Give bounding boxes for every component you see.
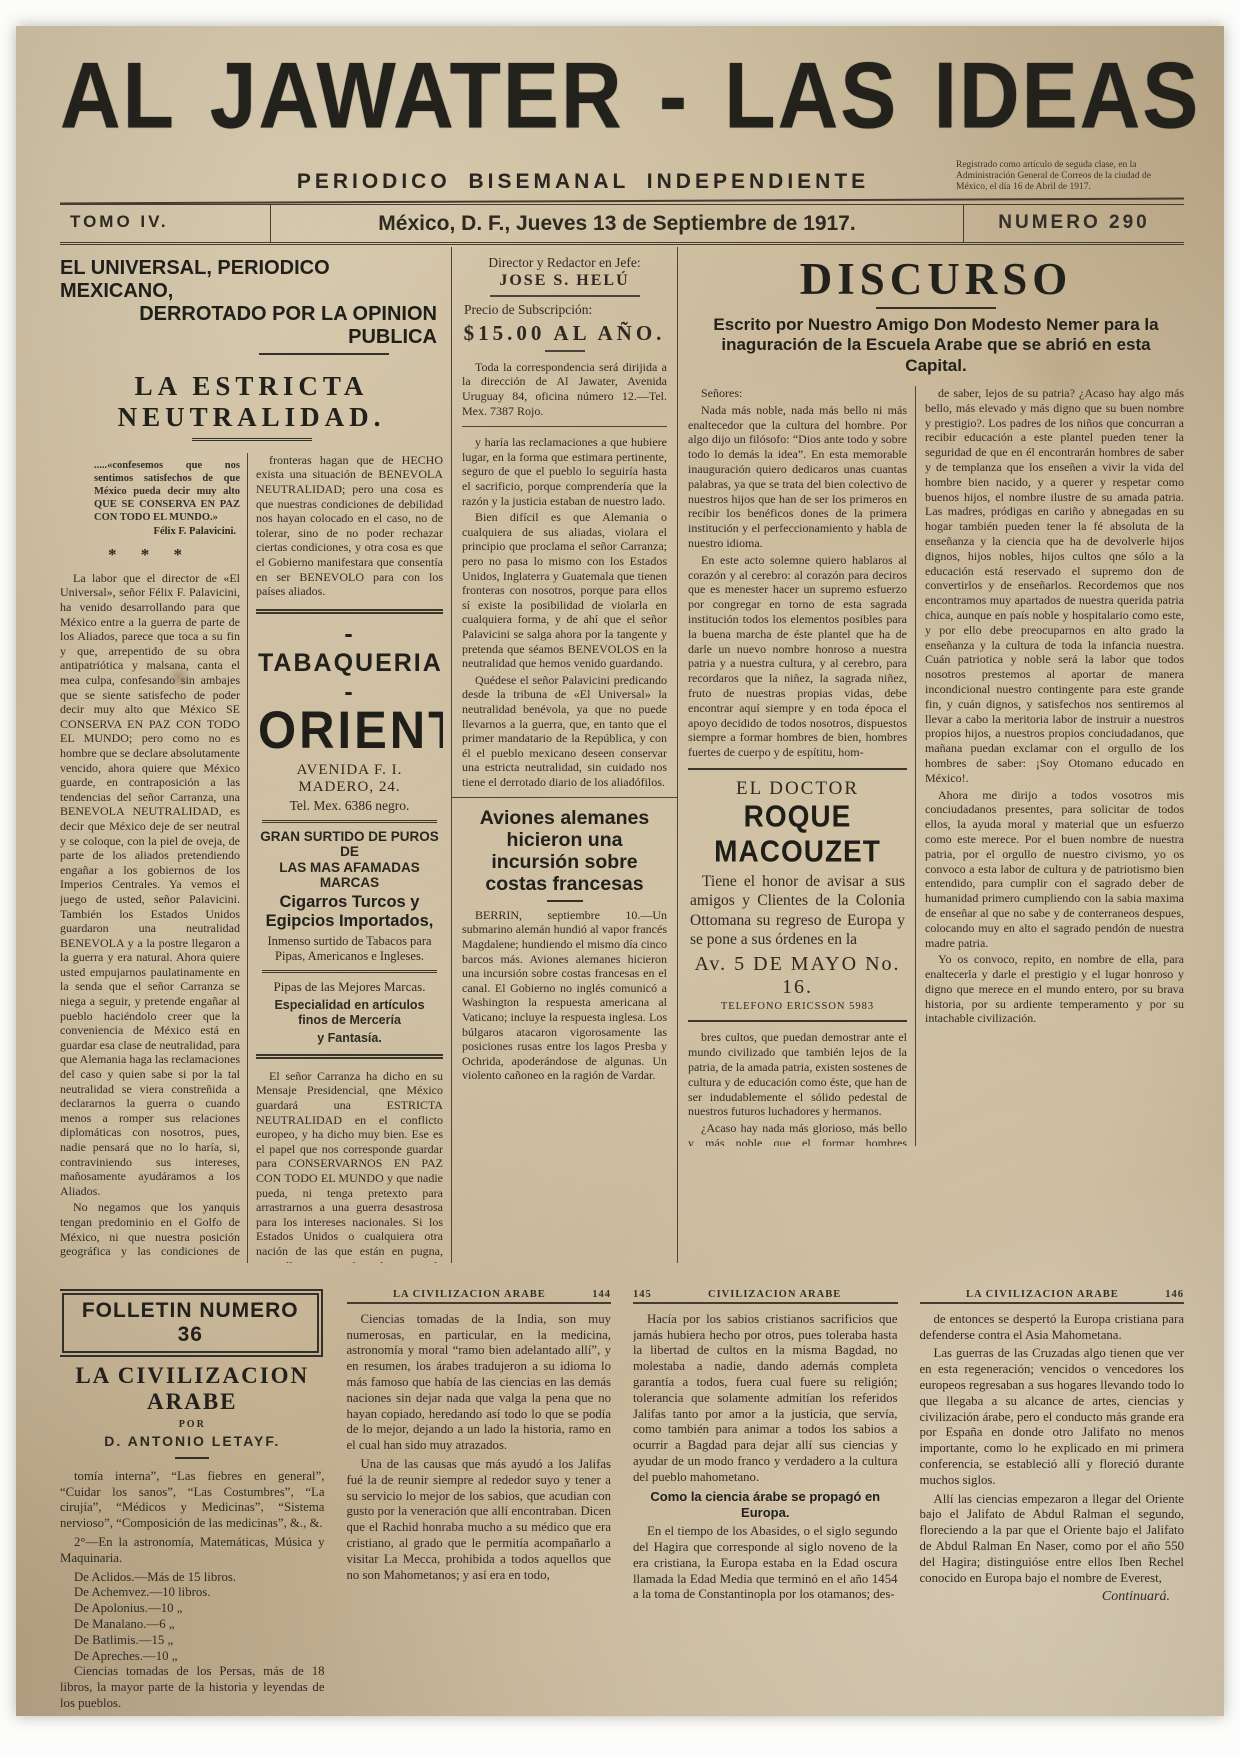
discurso-subtitle: Escrito por Nuestro Amigo Don Modesto Ne… <box>688 315 1184 376</box>
column-3-text: y haría las reclamaciones a que hubiere … <box>462 435 667 789</box>
folletin-text: tomía interna”, “Las fiebres en general”… <box>60 1469 325 1567</box>
paragraph: En este acto solemne quiero hablaros al … <box>688 553 907 760</box>
ad-kicker: - TABAQUERIA - <box>258 620 441 707</box>
discurso-right-text: de saber, lejos de su patria? ¿Acaso hay… <box>925 386 1184 1026</box>
folletin-author: D. ANTONIO LETAYF. <box>60 1433 325 1449</box>
ad-divider <box>262 820 437 823</box>
ad-phone: Tel. Mex. 6386 negro. <box>258 798 441 814</box>
newspaper-page: AL JAWATER - LAS IDEAS PERIODICO BISEMAN… <box>16 26 1224 1716</box>
page-145-text: Hacía por los sabios cristianos sacrific… <box>633 1312 898 1486</box>
ad-doctor-kicker: EL DOCTOR <box>690 778 905 800</box>
column-1: .....«confesemos que nos sentimos satisf… <box>60 453 248 1263</box>
paragraph: El señor Carranza ha dicho en su Mensaje… <box>256 1069 443 1263</box>
subscription-price: $15.00 AL AÑO. <box>462 321 667 346</box>
ad-roque-macouzet: EL DOCTOR ROQUE MACOUZET Tiene el honor … <box>688 768 907 1023</box>
page-144-text: Ciencias tomadas de la India, son muy nu… <box>347 1312 612 1584</box>
paragraph: Nada más noble, nada más bello ni más en… <box>688 403 907 551</box>
epigraph-quote: .....«confesemos que nos sentimos satisf… <box>94 459 240 524</box>
paragraph: 2°—En la astronomía, Matemáticas, Música… <box>60 1535 325 1567</box>
paragraph: La labor que el director de «El Universa… <box>60 571 240 1199</box>
column-1-text: La labor que el director de «El Universa… <box>60 571 240 1263</box>
paragraph: De Aclidos.—Más de 15 libros. <box>60 1570 325 1586</box>
paragraph: Bien difícil es que Alemania o cualquier… <box>462 510 667 671</box>
ad-address: AVENIDA F. I. MADERO, 24. <box>258 762 441 796</box>
masthead-subtitle-row: PERIODICO BISEMANAL INDEPENDIENTE Regist… <box>60 160 1184 194</box>
ad-tabaqueria-oriental: - TABAQUERIA - ORIENTAL AVENIDA F. I. MA… <box>256 609 443 1059</box>
discurso-left-text-continued: bres cultos, que puedan demostrar ante e… <box>688 1030 907 1146</box>
paragraph: De Achemvez.—10 libros. <box>60 1585 325 1601</box>
article-kicker: EL UNIVERSAL, PERIODICO MEXICANO, DERROT… <box>60 257 443 355</box>
paragraph: BERRIN, septiembre 10.—Un submarino alem… <box>462 908 667 1083</box>
paragraph: bres cultos, que puedan demostrar ante e… <box>688 1030 907 1119</box>
paragraph: Hacía por los sabios cristianos sacrific… <box>633 1312 898 1486</box>
ad-line-gran2: LAS MAS AFAMADAS MARCAS <box>258 860 441 891</box>
ad-line-especialidad1: Especialidad en artículos finos de Merce… <box>258 998 441 1028</box>
paragraph: de entonces se despertó la Europa cristi… <box>920 1312 1185 1344</box>
page-header-title: LA CIVILIZACION ARABE <box>347 1289 593 1300</box>
column-2-top-text: fronteras hagan que de HECHO exista una … <box>256 453 443 599</box>
paragraph: Yo os convoco, repito, en nombre de ella… <box>925 952 1184 1026</box>
ad-doctor-name: ROQUE MACOUZET <box>690 799 905 869</box>
page-number: 144 <box>592 1289 611 1300</box>
paragraph: tomía interna”, “Las fiebres en general”… <box>60 1469 325 1532</box>
correspondence-note: Toda la correspondencia será dirijida a … <box>462 358 667 420</box>
aviones-headline: Aviones alemanes hicieron una incursión … <box>462 808 667 895</box>
page-number: 145 <box>633 1289 652 1300</box>
folletin-column-145: 145 CIVILIZACION ARABE Hacía por los sab… <box>633 1289 898 1755</box>
ad-line-inmenso: Inmenso surtido de Tabacos para Pipas, A… <box>258 934 441 964</box>
folletin-column-146: LA CIVILIZACION ARABE 146 de entonces se… <box>920 1289 1185 1755</box>
page-145-subhead: Como la ciencia árabe se propagó en Euro… <box>633 1489 898 1522</box>
dateline-bar: TOMO IV. México, D. F., Jueves 13 de Sep… <box>60 204 1184 245</box>
page-145-text-continued: En el tiempo de los Abasides, o el siglo… <box>633 1524 898 1603</box>
price-dash <box>545 350 585 352</box>
section-stars: * * * <box>60 545 240 565</box>
issue-number: NUMERO 290 <box>964 205 1184 242</box>
ad-doctor-address: Av. 5 DE MAYO No. 16. <box>690 953 905 999</box>
column-4: Señores:Nada más noble, nada más bello n… <box>688 386 916 1146</box>
discurso-left-text: Señores:Nada más noble, nada más bello n… <box>688 386 907 760</box>
discurso-headline: DISCURSO <box>688 253 1184 305</box>
folletin-column-intro: FOLLETIN NUMERO 36 LA CIVILIZACION ARABE… <box>60 1289 325 1755</box>
registration-notice: Registrado como artículo de seguda clase… <box>956 160 1184 194</box>
folletin-number-box: FOLLETIN NUMERO 36 <box>62 1293 319 1353</box>
ad-doctor-phone: TELEFONO ERICSSON 5983 <box>690 1001 905 1012</box>
epigraph-author: Félix F. Palavicini. <box>60 526 236 537</box>
article-headline: LA ESTRICTA NEUTRALIDAD. <box>60 371 443 433</box>
paragraph: Ciencias tomadas de la India, son muy nu… <box>347 1312 612 1454</box>
director-label: Director y Redactor en Jefe: <box>462 255 667 271</box>
page-146-text: de entonces se despertó la Europa cristi… <box>920 1312 1185 1587</box>
folletin-dash <box>175 1457 209 1459</box>
folletin-book-list: De Aclidos.—Más de 15 libros.De Achemvez… <box>60 1570 325 1665</box>
paragraph: fronteras hagan que de HECHO exista una … <box>256 453 443 599</box>
headline-underline <box>192 438 312 441</box>
ad-divider <box>262 970 437 973</box>
article-neutralidad: EL UNIVERSAL, PERIODICO MEXICANO, DERROT… <box>60 247 452 1263</box>
paragraph: de saber, lejos de su patria? ¿Acaso hay… <box>925 386 1184 786</box>
ad-business-name: ORIENTAL <box>258 705 441 758</box>
paragraph: Una de las causas que más ayudó a los Ja… <box>347 1457 612 1583</box>
paragraph: Quédese el señor Palavicini predicando d… <box>462 673 667 790</box>
paragraph: Las guerras de las Cruzadas algo tienen … <box>920 1346 1185 1488</box>
folletin-title: LA CIVILIZACION ARABE <box>60 1363 325 1415</box>
folletin-por: POR <box>60 1419 325 1430</box>
paragraph: y haría las reclamaciones a que hubiere … <box>462 435 667 508</box>
article-discurso: DISCURSO Escrito por Nuestro Amigo Don M… <box>678 247 1184 1263</box>
discurso-columns: Señores:Nada más noble, nada más bello n… <box>688 386 1184 1146</box>
article-divider <box>452 797 677 798</box>
folletin-closing: Ciencias tomadas de los Persas, más de 1… <box>60 1664 325 1711</box>
tomo-label: TOMO IV. <box>60 205 271 242</box>
ad-line-especialidad2: y Fantasía. <box>258 1031 441 1046</box>
paragraph: De Apolonius.—10 „ <box>60 1601 325 1617</box>
paragraph: De Batlimis.—15 „ <box>60 1633 325 1649</box>
paragraph: Allí las ciencias empezaron a llegar del… <box>920 1492 1185 1587</box>
folletin-section: FOLLETIN NUMERO 36 LA CIVILIZACION ARABE… <box>60 1289 1184 1755</box>
paragraph: De Manalano.—6 „ <box>60 1617 325 1633</box>
column-5: de saber, lejos de su patria? ¿Acaso hay… <box>916 386 1184 1146</box>
paragraph: Señores: <box>688 386 907 401</box>
neutralidad-columns: .....«confesemos que nos sentimos satisf… <box>60 453 443 1263</box>
newspaper-subtitle: PERIODICO BISEMANAL INDEPENDIENTE <box>60 170 956 194</box>
paragraph: En el tiempo de los Abasides, o el siglo… <box>633 1524 898 1603</box>
page-header-146: LA CIVILIZACION ARABE 146 <box>920 1289 1185 1304</box>
page-header-144: LA CIVILIZACION ARABE 144 <box>347 1289 612 1304</box>
paragraph: Ahora me dirijo a todos vosotros mis con… <box>925 788 1184 951</box>
director-name: JOSE S. HELÚ <box>462 272 667 290</box>
staff-rule <box>490 295 640 297</box>
subscription-label: Precio de Subscripción: <box>462 302 667 318</box>
page-header-145: 145 CIVILIZACION ARABE <box>633 1289 898 1304</box>
discurso-underline <box>876 307 996 309</box>
front-page-body: EL UNIVERSAL, PERIODICO MEXICANO, DERROT… <box>60 247 1184 1263</box>
aviones-dash <box>547 900 583 902</box>
kicker-line1: EL UNIVERSAL, PERIODICO MEXICANO, <box>60 257 443 303</box>
column-2-bottom-text: El señor Carranza ha dicho en su Mensaje… <box>256 1069 443 1263</box>
column-3: Director y Redactor en Jefe: JOSE S. HEL… <box>452 247 678 1263</box>
ad-line-cigarros: Cigarros Turcos y Egipcios Importados, <box>258 893 441 931</box>
paragraph: De Apreches.—10 „ <box>60 1649 325 1665</box>
issue-date: México, D. F., Jueves 13 de Septiembre d… <box>271 205 964 242</box>
page-header-title: CIVILIZACION ARABE <box>652 1289 898 1300</box>
aviones-text: BERRIN, septiembre 10.—Un submarino alem… <box>462 908 667 1083</box>
page-header-title: LA CIVILIZACION ARABE <box>920 1289 1166 1300</box>
folletin-column-144: LA CIVILIZACION ARABE 144 Ciencias tomad… <box>347 1289 612 1755</box>
column-2: fronteras hagan que de HECHO exista una … <box>248 453 443 1263</box>
paragraph: ¿Acaso hay nada más glorioso, más bello … <box>688 1121 907 1146</box>
ad-line-pipas: Pipas de las Mejores Marcas. <box>258 979 441 995</box>
ad-line-gran1: GRAN SURTIDO DE PUROS DE <box>258 829 441 860</box>
kicker-underline <box>259 353 389 355</box>
newspaper-title: AL JAWATER - LAS IDEAS <box>60 48 1184 144</box>
paragraph: Ciencias tomadas de los Persas, más de 1… <box>60 1664 325 1711</box>
paragraph: No negamos que los yanquis tengan predom… <box>60 1200 240 1262</box>
kicker-line2: DERROTADO POR LA OPINION PUBLICA <box>60 303 443 349</box>
continuara-note: Continuará. <box>920 1589 1185 1605</box>
page-number: 146 <box>1165 1289 1184 1300</box>
ad-doctor-body: Tiene el honor de avisar a sus amigos y … <box>690 872 905 950</box>
staff-box: Director y Redactor en Jefe: JOSE S. HEL… <box>462 247 667 427</box>
